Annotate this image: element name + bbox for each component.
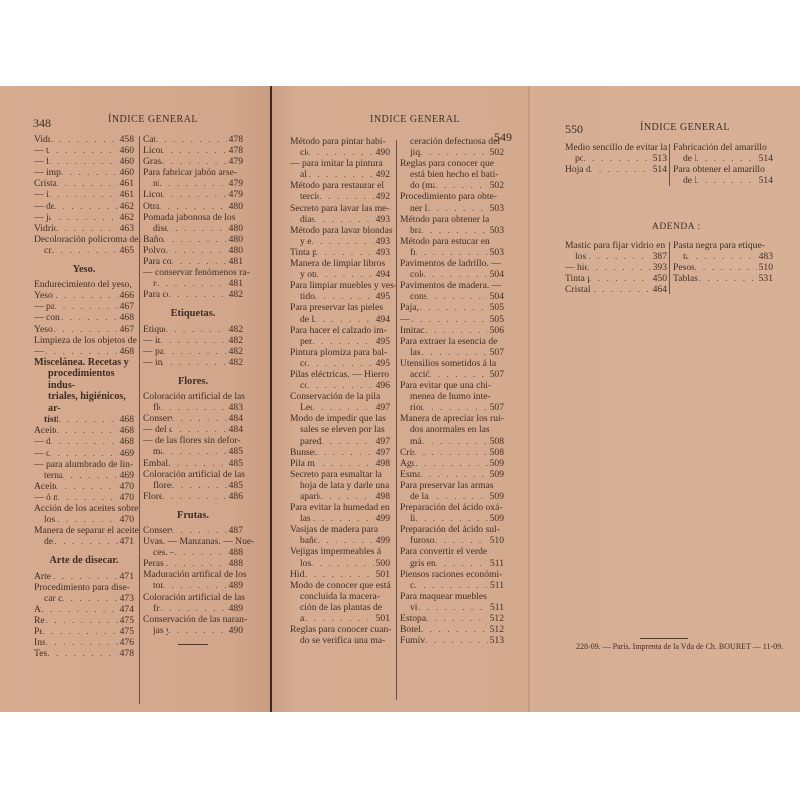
- index-entry: — hierro y piedra393: [565, 262, 667, 273]
- index-entry: Secreto para esmaltar la: [290, 469, 390, 480]
- index-entry: Pila microtelefónica498: [290, 458, 390, 469]
- entry-page-number: 485: [227, 458, 243, 469]
- index-entry: Aceite alcanforado468: [34, 425, 134, 436]
- index-entry: Medio sencillo de evitar la: [565, 142, 667, 153]
- index-entry: ternas, lámparas469: [34, 470, 134, 481]
- entry-page-number: 489: [227, 603, 243, 614]
- entry-title: tísticos, etc.: [44, 414, 58, 425]
- entry-page-number: 511: [488, 602, 504, 613]
- index-entry: Pavimentos de madera. —: [400, 280, 504, 291]
- index-entry: está bien hecho el bati-: [400, 169, 504, 180]
- index-entry: de la polilla494: [290, 314, 390, 325]
- entry-page-number: 503: [488, 247, 504, 258]
- dot-leader: [163, 580, 227, 591]
- index-entry: Pintura plomiza para bal-: [290, 347, 390, 358]
- entry-title: Para conservar plantas: [143, 289, 168, 300]
- entry-title: Peces: [34, 626, 42, 637]
- entry-page-number: 507: [488, 347, 504, 358]
- index-entry: Tinta para litografía450: [565, 273, 667, 284]
- entry-page-number: 470: [118, 514, 134, 525]
- index-entry: ciones490: [290, 147, 390, 158]
- dot-leader: [163, 346, 227, 357]
- index-entry: — de linaza468: [34, 436, 134, 447]
- entry-page-number: 466: [118, 290, 134, 301]
- dot-leader: [422, 402, 487, 413]
- entry-title: Peras — Manzanas: [143, 558, 166, 569]
- index-entry: Para evitar que una chi-: [400, 380, 504, 391]
- index-entry: Procedimiento para obte-: [400, 191, 504, 202]
- entry-page-number: 480: [227, 234, 243, 245]
- index-entry: cristal465: [34, 245, 134, 256]
- index-entry: paredes de los vasos497: [290, 436, 390, 447]
- entry-page-number: 462: [118, 201, 134, 212]
- index-entry: y otros objetos494: [290, 269, 390, 280]
- index-entry: Arte de disecar471: [34, 571, 134, 582]
- index-entry: Modo de impedir que las: [290, 413, 390, 424]
- index-entry: Vasijas de madera para: [290, 524, 390, 535]
- entry-title: viejos: [410, 602, 418, 613]
- entry-title: Estopa incombustible: [400, 613, 426, 624]
- index-entry: Polvos antisépticos480: [143, 245, 243, 256]
- entry-page-number: 512: [488, 613, 504, 624]
- end-rule: [178, 644, 208, 645]
- index-entry: Licor curtiente478: [143, 145, 243, 156]
- index-entry: al óleo492: [290, 169, 390, 180]
- entry-page-number: 497: [374, 447, 390, 458]
- index-entry: Para conservar plantas482: [143, 289, 243, 300]
- entry-page-number: 509: [488, 491, 504, 502]
- dot-leader: [428, 203, 488, 214]
- dot-leader: [45, 637, 117, 648]
- index-entry: do (maceración del añil).502: [400, 180, 504, 191]
- index-entry: Fabricación del amarillo: [673, 142, 773, 153]
- index-entry: del agua471: [34, 536, 134, 547]
- index-entry: ceración defectuosa del: [400, 136, 504, 147]
- dot-leader: [48, 156, 117, 167]
- index-entry: Conservación de las flores.484: [143, 413, 243, 424]
- entry-page-number: 478: [227, 145, 243, 156]
- entry-page-number: 482: [227, 324, 243, 335]
- entry-page-number: 490: [374, 147, 390, 158]
- dot-leader: [61, 167, 118, 178]
- entry-page-number: 467: [118, 324, 134, 335]
- entry-page-number: 513: [651, 153, 667, 164]
- book-scan: 348 ÍNDICE GENERAL Vidrio, corte458— tem…: [0, 86, 800, 712]
- column-divider: [669, 144, 670, 186]
- index-entry: Estopa incombustible512: [400, 613, 504, 624]
- index-entry: coloración504: [400, 269, 504, 280]
- section-heading: Flores.: [143, 376, 243, 387]
- entry-title: Agua regia: [400, 458, 415, 469]
- index-entry: Secreto para lavar las me-: [290, 203, 390, 214]
- entry-page-number: 514: [651, 164, 667, 175]
- entry-page-number: 463: [118, 223, 134, 234]
- entry-page-number: 497: [374, 402, 390, 413]
- section-heading: Miscelánea. Recetas y: [34, 357, 134, 369]
- index-entry: car cuadrupedos473: [34, 593, 134, 604]
- index-entry: Para hacer el calzado im-: [290, 325, 390, 336]
- index-entry: Mastic para fijar vidrio en: [565, 240, 667, 251]
- index-entry: — de las flores sin defor-: [143, 435, 243, 446]
- index-entry: flores483: [143, 402, 243, 413]
- dot-leader: [415, 458, 487, 469]
- entry-page-number: 479: [227, 156, 243, 167]
- dot-leader: [589, 273, 651, 284]
- entry-page-number: 492: [374, 169, 390, 180]
- index-entry: Pesos especificos510: [673, 262, 773, 273]
- entry-page-number: 467: [118, 301, 134, 312]
- index-entry: sales se eleven por las: [290, 424, 390, 435]
- entry-title: las paredes: [300, 513, 313, 524]
- entry-title: ces. — Melocotones.: [153, 547, 174, 558]
- index-entry: Para limpiar muebles y ves-: [290, 280, 390, 291]
- dot-leader: [414, 447, 488, 458]
- dot-leader: [317, 535, 373, 546]
- entry-page-number: 473: [118, 593, 134, 604]
- entry-page-number: 482: [227, 346, 243, 357]
- entry-page-number: 483: [757, 251, 773, 262]
- index-entry: Tinta para marcar ropa493: [290, 247, 390, 258]
- entry-page-number: 480: [227, 223, 243, 234]
- entry-title: Otras receta: [143, 201, 159, 212]
- index-entry: Preparación del ácido sul-: [400, 524, 504, 535]
- index-entry: Para evitar la humedad en: [290, 502, 390, 513]
- entry-page-number: 468: [118, 436, 134, 447]
- entry-title: al óleo: [300, 169, 309, 180]
- entry-page-number: 509: [488, 469, 504, 480]
- section-heading: procedimientos indus-: [34, 368, 134, 391]
- index-entry: Uvas. — Manzanas. — Nue-: [143, 536, 243, 547]
- entry-page-number: 493: [374, 236, 390, 247]
- entry-title: tidos de seda: [300, 291, 315, 302]
- dot-leader: [316, 247, 374, 258]
- dot-leader: [42, 626, 117, 637]
- dot-leader: [587, 262, 651, 273]
- entry-page-number: 462: [118, 212, 134, 223]
- entry-title: Grasa curtiente: [143, 156, 162, 167]
- entry-page-number: 393: [651, 262, 667, 273]
- entry-title: Insectos: [34, 637, 45, 648]
- dot-leader: [50, 212, 118, 223]
- index-entry: gris en un hermoso azul.511: [400, 558, 504, 569]
- index-entry: — para modelar467: [34, 301, 134, 312]
- entry-title: furoso para desmanchar.: [410, 535, 435, 546]
- index-entry: — para alumbrado de lin-: [34, 459, 134, 470]
- index-entry: Pilas eléctricas. — Hierro: [290, 369, 390, 380]
- dot-leader: [165, 324, 226, 335]
- entry-title: Flores cortadas: [143, 491, 162, 502]
- entry-title: ternas, lámparas: [44, 470, 62, 481]
- dot-leader: [419, 302, 487, 313]
- entry-page-number: 499: [374, 513, 390, 524]
- dot-leader: [415, 247, 488, 258]
- column-divider: [139, 136, 140, 704]
- index-entry: ros481: [143, 278, 243, 289]
- entry-title: Hidrófugos: [290, 569, 305, 580]
- entry-title: jiquilite: [410, 147, 420, 158]
- index-entry: — flexible460: [34, 156, 134, 167]
- dot-leader: [588, 251, 650, 262]
- dot-leader: [53, 571, 118, 582]
- entry-title: Conservación de las flores.: [143, 413, 172, 424]
- index-entry: acción del fuego507: [400, 369, 504, 380]
- entry-title: — inalterables: [143, 357, 162, 368]
- index-entry: Preparación del ácido oxá-: [400, 502, 504, 513]
- dot-leader: [171, 256, 227, 267]
- index-column-left: Medio sencillo de evitar lapolilla513Hoj…: [565, 142, 667, 175]
- entry-title: — temple: [34, 145, 48, 156]
- index-entry: Para obtener el amarillo: [673, 164, 773, 175]
- entry-title: los metales: [44, 514, 57, 525]
- dot-leader: [166, 245, 227, 256]
- entry-page-number: 479: [227, 189, 243, 200]
- index-entry: ces. — Melocotones.488: [143, 547, 243, 558]
- index-entry: — impermeable al calor460: [34, 167, 134, 178]
- entry-page-number: 475: [118, 626, 134, 637]
- index-entry: — yeso468: [34, 346, 134, 357]
- index-entry: Para maquear muebles: [400, 591, 504, 602]
- dot-leader: [420, 147, 487, 158]
- index-entry: Manera de limpiar libros: [290, 258, 390, 269]
- index-entry: terciopelo chafado492: [290, 191, 390, 202]
- entry-title: Yeso para dorar: [34, 324, 54, 335]
- dot-leader: [54, 536, 117, 547]
- entry-page-number: 496: [374, 380, 390, 391]
- entry-page-number: 507: [488, 402, 504, 413]
- addenda-title: ADENDA :: [652, 222, 701, 232]
- index-entry: Endurecimiento del yeso,: [34, 279, 134, 290]
- index-entry: Método para pintar habi-: [290, 136, 390, 147]
- entry-title: — de nuez: [34, 448, 49, 459]
- index-entry: Para preservar las pieles: [290, 302, 390, 313]
- entry-title: de Nápoles: [683, 175, 696, 186]
- dot-leader: [435, 535, 488, 546]
- dot-leader: [415, 580, 488, 591]
- dot-leader: [418, 602, 488, 613]
- entry-title: — del color de las flores.: [143, 424, 171, 435]
- entry-page-number: 503: [488, 225, 504, 236]
- entry-page-number: 479: [227, 178, 243, 189]
- running-header: ÍNDICE GENERAL: [640, 122, 730, 133]
- index-column-right: Catalogo478Licor curtiente478Grasa curti…: [143, 134, 243, 645]
- dot-leader: [62, 470, 118, 481]
- entry-title: y encajes: [300, 236, 311, 247]
- entry-title: jas y limones: [153, 625, 168, 636]
- entry-page-number: 494: [374, 314, 390, 325]
- index-entry: Vejigas impermeables á: [290, 546, 390, 557]
- entry-page-number: 493: [374, 247, 390, 258]
- entry-page-number: 504: [488, 291, 504, 302]
- entry-page-number: 510: [757, 262, 773, 273]
- index-entry: Manera de separar el aceite: [34, 525, 134, 536]
- dot-leader: [590, 164, 651, 175]
- dot-leader: [305, 569, 373, 580]
- dot-leader: [159, 178, 226, 189]
- index-entry: Catalogo478: [143, 134, 243, 145]
- entry-page-number: 488: [227, 547, 243, 558]
- entry-title: Aves: [34, 604, 41, 615]
- dot-leader: [48, 145, 118, 156]
- index-entry: Hidrófugos501: [290, 569, 390, 580]
- index-entry: Yeso para dorar467: [34, 324, 134, 335]
- dot-leader: [162, 145, 227, 156]
- index-entry: Decoloración policroma del: [34, 234, 134, 245]
- dot-leader: [426, 291, 488, 302]
- entry-title: Tinta para marcar ropa: [290, 247, 316, 258]
- index-entry: Aceite de tortugas470: [34, 481, 134, 492]
- index-column-right: Fabricación del amarillode Nápoles514Par…: [673, 142, 773, 186]
- entry-title: Testaceos: [34, 648, 47, 659]
- dot-leader: [168, 458, 227, 469]
- index-column-left: Método para pintar habi-ciones490— para …: [290, 136, 390, 646]
- entry-title: disecadores: [153, 223, 167, 234]
- dot-leader: [160, 335, 227, 346]
- entry-page-number: 508: [488, 436, 504, 447]
- dot-leader: [56, 223, 118, 234]
- entry-title: frutas: [153, 603, 160, 614]
- dot-leader: [172, 480, 227, 491]
- entry-title: Embalaje de las flores: [143, 458, 168, 469]
- entry-page-number: 478: [118, 648, 134, 659]
- dot-leader: [308, 147, 374, 158]
- entry-title: coloración: [410, 269, 423, 280]
- entry-page-number: 483: [227, 402, 243, 413]
- entry-title: ciones: [300, 147, 308, 158]
- dot-leader: [48, 189, 117, 200]
- dot-leader: [157, 278, 226, 289]
- entry-page-number: 460: [118, 167, 134, 178]
- addenda-column-right: Pasta negra para etique-tas483Pesos espe…: [673, 240, 773, 284]
- entry-title: Licor curtiente: [143, 145, 162, 156]
- dot-leader: [696, 175, 757, 186]
- index-entry: Cristal irisado y amarillo.464: [565, 284, 667, 295]
- entry-title: Baño de disecar: [143, 234, 163, 245]
- index-entry: Pomada jabonosa de los: [143, 212, 243, 223]
- index-entry: frío503: [400, 247, 504, 258]
- entry-page-number: 509: [488, 458, 504, 469]
- dot-leader: [311, 558, 374, 569]
- entry-page-number: 499: [374, 535, 390, 546]
- index-entry: — de nuez469: [34, 448, 134, 459]
- section-heading: triales, higiénicos, ar-: [34, 391, 134, 414]
- entry-page-number: 468: [118, 346, 134, 357]
- entry-page-number: 511: [488, 558, 504, 569]
- dot-leader: [168, 625, 227, 636]
- index-entry: Hoja de lata jaspeada514: [565, 164, 667, 175]
- dot-leader: [56, 481, 118, 492]
- entry-title: las flores: [410, 347, 422, 358]
- entry-title: — imitado: [34, 189, 48, 200]
- entry-title: riormente: [410, 402, 422, 413]
- index-entry: Coloración artificial de las: [143, 592, 243, 603]
- entry-page-number: 484: [227, 424, 243, 435]
- entry-title: — de linaza: [34, 436, 50, 447]
- index-entry: Para preservar las armas: [400, 480, 504, 491]
- index-entry: Reglas para conocer cuan-: [290, 624, 390, 635]
- index-entry: Para conservar en fluidos.481: [143, 256, 243, 267]
- entry-title: baños eléctricos: [300, 535, 317, 546]
- entry-title: flores: [153, 402, 160, 413]
- entry-page-number: 460: [118, 145, 134, 156]
- index-entry: Modo de conocer que está: [290, 580, 390, 591]
- entry-page-number: 471: [118, 536, 134, 547]
- entry-page-number: 474: [118, 604, 134, 615]
- index-entry: hoja de lata y darle una: [290, 480, 390, 491]
- dot-leader: [415, 513, 487, 524]
- entry-page-number: 509: [488, 513, 504, 524]
- entry-title: dias de seda: [300, 214, 314, 225]
- index-entry: — jaspeado462: [34, 212, 134, 223]
- index-entry: los gases500: [290, 558, 390, 569]
- entry-title: Fumívoro ventilador: [400, 635, 425, 646]
- index-entry: Bunsen perfeccionada497: [290, 447, 390, 458]
- index-entry: tas483: [673, 251, 773, 262]
- entry-title: — decoloración: [34, 201, 54, 212]
- entry-title: conservación: [410, 291, 426, 302]
- entry-page-number: 505: [488, 314, 504, 325]
- entry-title: Pila microtelefónica: [290, 458, 314, 469]
- index-entry: Peces475: [34, 626, 134, 637]
- dot-leader: [314, 314, 374, 325]
- index-entry: los metales387: [565, 251, 667, 262]
- index-entry: Piensos raciones económi-: [400, 569, 504, 580]
- entry-page-number: 490: [227, 625, 243, 636]
- entry-title: Vidrio, coloracion: [34, 223, 56, 234]
- entry-title: brasilina: [410, 225, 421, 236]
- entry-title: — con aspecto de marfil: [34, 312, 61, 323]
- entry-title: terciopelo chafado: [300, 191, 319, 202]
- index-entry: Paja, blanqueo505: [400, 302, 504, 313]
- index-entry: jas y limones490: [143, 625, 243, 636]
- entry-page-number: 500: [374, 558, 390, 569]
- entry-page-number: 468: [118, 425, 134, 436]
- entry-title: do (maceración del añil).: [410, 180, 435, 191]
- entry-title: — ó manteca rancia: [34, 492, 57, 503]
- dot-leader: [50, 436, 118, 447]
- dot-leader: [696, 153, 757, 164]
- entry-page-number: 501: [374, 613, 390, 624]
- entry-page-number: 512: [488, 624, 504, 635]
- index-entry: de Nápoles514: [673, 153, 773, 164]
- index-entry: dias de seda493: [290, 214, 390, 225]
- entry-page-number: 480: [227, 201, 243, 212]
- entry-page-number: 511: [488, 580, 504, 591]
- index-entry: tísticos, etc.468: [34, 414, 134, 425]
- index-entry: añil501: [290, 613, 390, 624]
- index-entry: viejos511: [400, 602, 504, 613]
- entry-title: Leclanché: [300, 402, 312, 413]
- index-entry: concluida la macera-: [290, 591, 390, 602]
- footer-rule: [640, 638, 688, 639]
- dot-leader: [172, 525, 227, 536]
- index-entry: Coloración artificial de las: [143, 469, 243, 480]
- entry-page-number: 481: [227, 278, 243, 289]
- dot-leader: [593, 284, 650, 295]
- index-entry: las flores507: [400, 347, 504, 358]
- entry-page-number: 476: [118, 637, 134, 648]
- entry-title: Para conservar en fluidos.: [143, 256, 171, 267]
- entry-title: — para modelar: [34, 301, 54, 312]
- index-entry: Testaceos478: [34, 648, 134, 659]
- index-entry: — indelebles482: [143, 335, 243, 346]
- index-entry: de Nápoles514: [673, 175, 773, 186]
- dot-leader: [312, 336, 373, 347]
- dot-leader: [435, 180, 487, 191]
- index-entry: — decoloración462: [34, 201, 134, 212]
- entry-title: — yeso: [34, 346, 45, 357]
- index-entry: mación485: [143, 446, 243, 457]
- index-entry: Grasa curtiente479: [143, 156, 243, 167]
